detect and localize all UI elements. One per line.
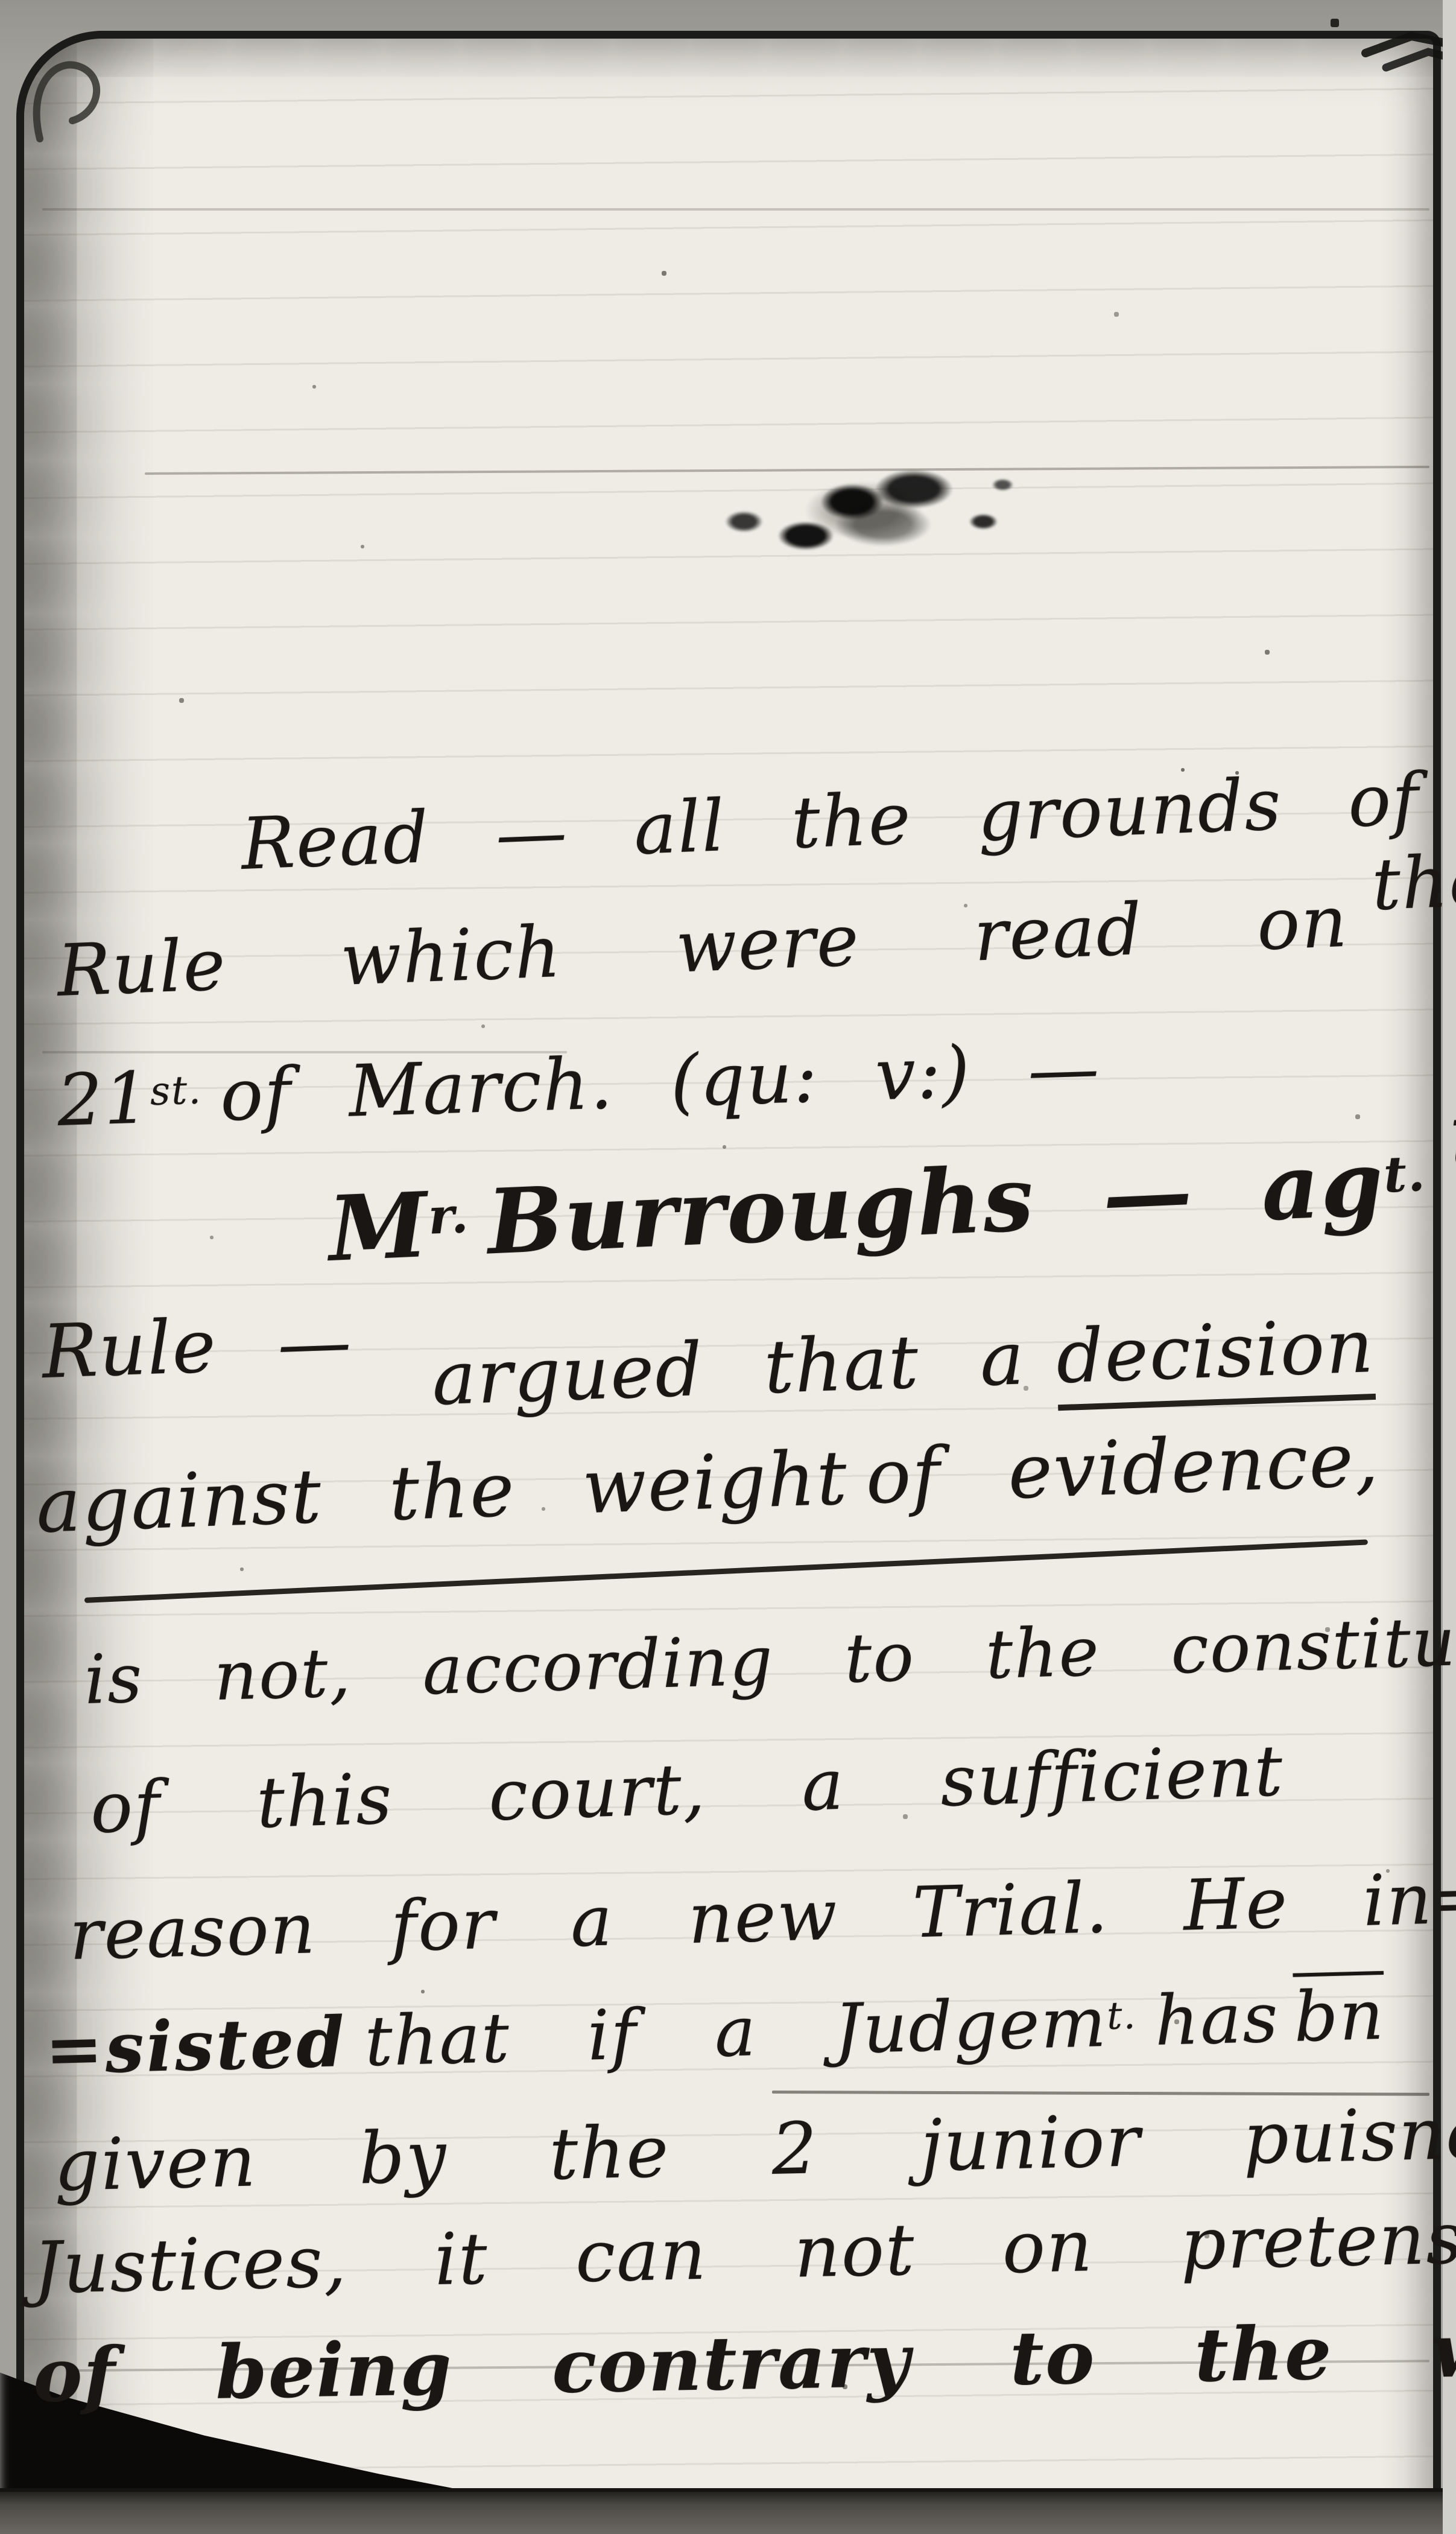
scanned-page-background: Read — all the grounds of Rule which wer…: [0, 0, 1456, 2534]
line-text: 21: [56, 1056, 151, 1142]
superscript: t.: [1382, 1145, 1427, 1204]
heavy-word: =sisted: [44, 2001, 347, 2090]
overlined-abbreviation: bn: [1293, 1975, 1386, 2057]
pen-loop-corner-mark: [22, 47, 124, 150]
paper-specks: [0, 0, 1, 1]
scan-bottom-edge: [0, 2488, 1456, 2534]
line-text: of evidence,: [864, 1416, 1381, 1521]
ink-blot: [651, 442, 1037, 584]
raised-word: the: [1448, 1076, 1456, 1188]
underlined-word: decision: [1055, 1303, 1376, 1411]
line-text: M: [326, 1172, 431, 1281]
line-text: Rule —: [41, 1298, 354, 1395]
superscript: st.: [150, 1067, 203, 1114]
raised-word: the: [1370, 839, 1456, 927]
faint-rule-line: [42, 208, 1429, 211]
superscript: r.: [427, 1187, 470, 1246]
pen-slash-corner-mark: [1361, 16, 1456, 82]
superscript: t.: [1106, 1993, 1137, 2037]
line-text: has: [1154, 1977, 1280, 2060]
lowered-phrase: argued that adecision: [431, 1303, 1376, 1421]
